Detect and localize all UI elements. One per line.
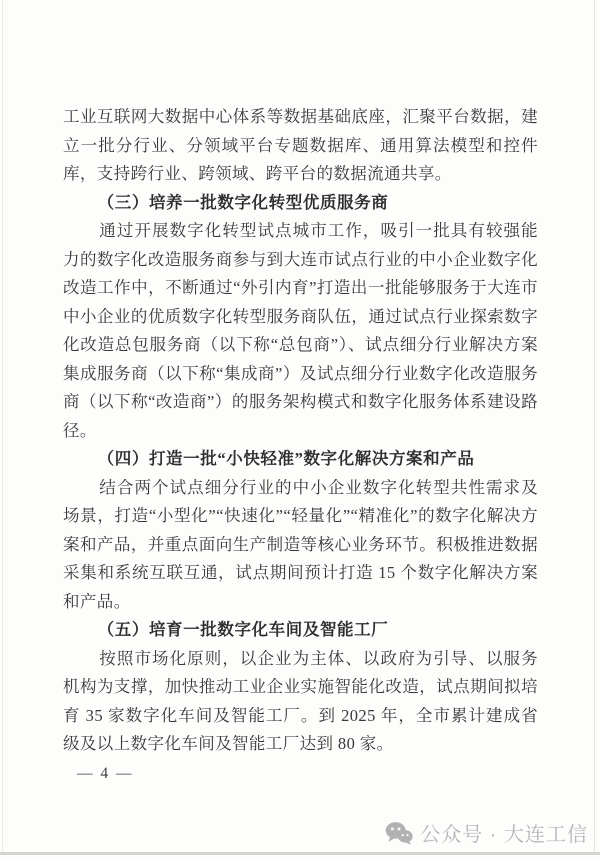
section-heading-3: （三）培养一批数字化转型优质服务商 — [63, 189, 538, 218]
document-body: 工业互联网大数据中心体系等数据基础底座，汇聚平台数据，建立一批分行业、分领域平台… — [63, 103, 538, 788]
paragraph-section-4: 结合两个试点细分行业的中小企业数字化转型共性需求及场景，打造“小型化”“快速化”… — [63, 474, 538, 617]
scan-edge-right — [594, 0, 595, 852]
scan-edge-bottom — [0, 852, 600, 855]
page-number: — 4 — — [77, 760, 538, 789]
watermark-text: 公众号 · 大连工信 — [420, 818, 588, 847]
section-heading-5: （五）培育一批数字化车间及智能工厂 — [63, 616, 538, 645]
scanned-document-page: 工业互联网大数据中心体系等数据基础底座，汇聚平台数据，建立一批分行业、分领域平台… — [0, 0, 600, 860]
paragraph-continuation: 工业互联网大数据中心体系等数据基础底座，汇聚平台数据，建立一批分行业、分领域平台… — [63, 103, 538, 189]
section-heading-4: （四）打造一批“小快轻准”数字化解决方案和产品 — [63, 445, 538, 474]
scan-edge-left — [2, 0, 3, 852]
footer-watermark: 公众号 · 大连工信 — [385, 818, 588, 847]
paragraph-section-3: 通过开展数字化转型试点城市工作，吸引一批具有较强能力的数字化改造服务商参与到大连… — [63, 217, 538, 445]
wechat-icon — [385, 821, 413, 845]
paragraph-section-5: 按照市场化原则，以企业为主体、以政府为引导、以服务机构为支撑，加快推动工业企业实… — [63, 645, 538, 759]
